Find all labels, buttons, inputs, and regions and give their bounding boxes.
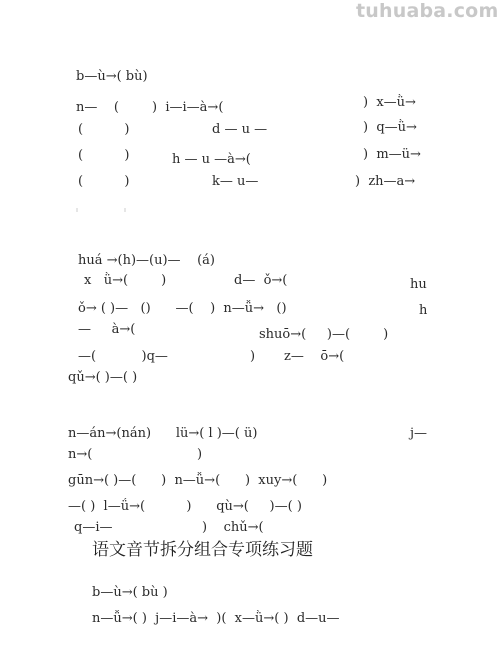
exercise-line: huá →(h)—(u)— (á) xyxy=(78,253,215,269)
exercise-line: x ǜ→( ) xyxy=(84,273,166,289)
exercise-line: ) x—ǜ→ xyxy=(363,95,416,111)
exercise-line: n—ǚ→( ) j—i—à→ )( x—ǜ→( ) d—u— xyxy=(92,611,340,627)
exercise-line: — à→( xyxy=(78,322,135,338)
exercise-line: ( ) xyxy=(78,122,129,138)
exercise-line: j— xyxy=(410,426,427,442)
exercise-line: hu xyxy=(410,277,427,293)
exercise-line: d— ǒ→( xyxy=(234,273,287,289)
exercise-line: shuō→( )—( ) xyxy=(259,327,388,343)
exercise-line: ǒ→ ( )— () —( ) n—ǚ→ () xyxy=(78,301,287,317)
exercise-line: ) xyxy=(197,447,202,463)
scan-artifact xyxy=(76,208,78,212)
exercise-line: n— ( ) i—i—à→( xyxy=(76,100,223,116)
exercise-line: —( ) l—ǘ→( ) qù→( )—( ) xyxy=(68,499,302,515)
exercise-line: n—án→(nán) lü→( l )—( ü) xyxy=(68,426,257,442)
scan-artifact xyxy=(124,208,126,212)
exercise-line: qǔ→( )—( ) xyxy=(68,370,137,386)
exercise-line: h — u —à→( xyxy=(172,152,251,168)
watermark: tuhuaba.com xyxy=(356,0,498,22)
exercise-line: q—i— xyxy=(74,520,112,536)
exercise-line: d — u — xyxy=(212,122,267,138)
exercise-line: ) m—ü→ xyxy=(363,147,421,163)
exercise-line: ( ) xyxy=(78,174,129,190)
exercise-line: n→( xyxy=(68,447,92,463)
exercise-line: ) zh—a→ xyxy=(355,174,415,190)
exercise-line: h xyxy=(419,303,427,319)
exercise-line: ) chǔ→( xyxy=(202,520,264,536)
exercise-line: ) z— ō→( xyxy=(250,349,344,365)
exercise-line: —( )q— xyxy=(78,349,168,365)
exercise-line: ) q—ǜ→ xyxy=(363,120,417,136)
page-title: 语文音节拆分组合专项练习题 xyxy=(92,540,313,560)
exercise-line: ( ) xyxy=(78,148,129,164)
exercise-line: b—ù→( bù ) xyxy=(92,585,168,601)
exercise-line: k— u— xyxy=(212,174,258,190)
exercise-line: b—ù→( bù) xyxy=(76,69,148,85)
exercise-line: gūn→( )—( ) n—ǚ→( ) xuy→( ) xyxy=(68,473,327,489)
